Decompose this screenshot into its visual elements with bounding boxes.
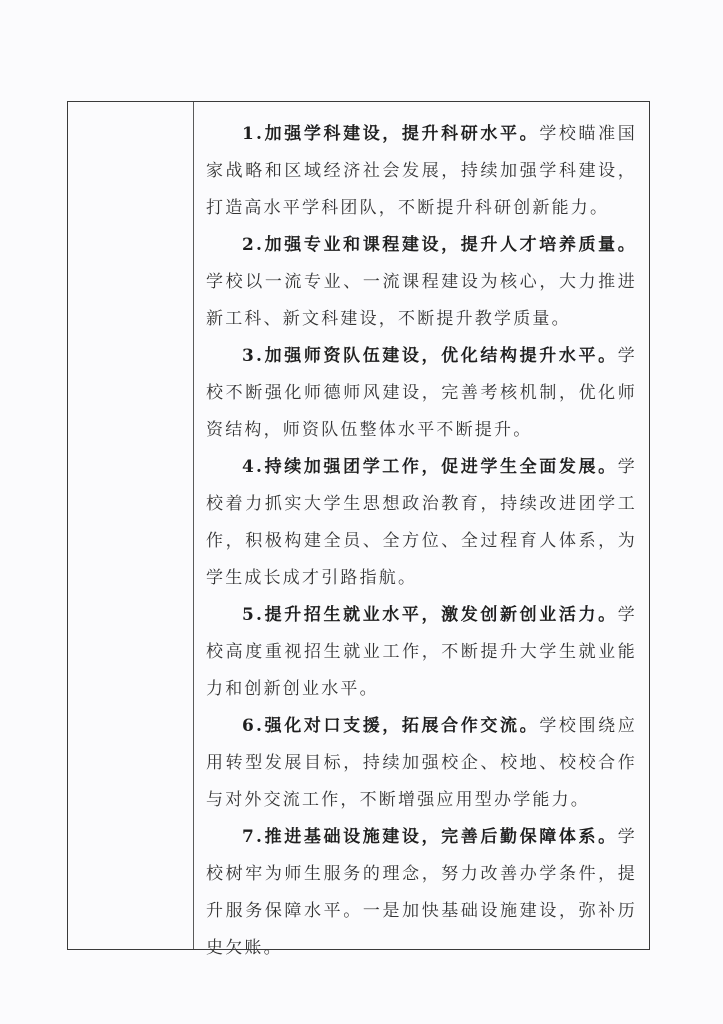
paragraph-7: 7.推进基础设施建设，完善后勤保障体系。学校树牢为师生服务的理念，努力改善办学条… xyxy=(206,819,637,967)
form-table: 1.加强学科建设，提升科研水平。学校瞄准国家战略和区域经济社会发展，持续加强学科… xyxy=(67,101,650,950)
paragraph-5: 5.提升招生就业水平，激发创新创业活力。学校高度重视招生就业工作，不断提升大学生… xyxy=(206,597,637,708)
paragraph-heading: 7.推进基础设施建设，完善后勤保障体系。 xyxy=(242,827,618,847)
paragraph-heading: 2.加强专业和课程建设，提升人才培养质量。 xyxy=(242,235,637,255)
paragraph-heading: 5.提升招生就业水平，激发创新创业活力。 xyxy=(242,605,618,625)
paragraph-4: 4.持续加强团学工作，促进学生全面发展。学校着力抓实大学生思想政治教育，持续改进… xyxy=(206,449,637,597)
paragraph-3: 3.加强师资队伍建设，优化结构提升水平。学校不断强化师德师风建设，完善考核机制，… xyxy=(206,338,637,449)
paragraph-body: 学校以一流专业、一流课程建设为核心，大力推进新工科、新文科建设，不断提升教学质量… xyxy=(206,272,637,329)
paragraph-heading: 1.加强学科建设，提升科研水平。 xyxy=(242,124,539,144)
paragraph-6: 6.强化对口支援，拓展合作交流。学校围绕应用转型发展目标，持续加强校企、校地、校… xyxy=(206,708,637,819)
table-content-cell: 1.加强学科建设，提升科研水平。学校瞄准国家战略和区域经济社会发展，持续加强学科… xyxy=(194,102,649,949)
paragraph-1: 1.加强学科建设，提升科研水平。学校瞄准国家战略和区域经济社会发展，持续加强学科… xyxy=(206,116,637,227)
paragraph-heading: 4.持续加强团学工作，促进学生全面发展。 xyxy=(242,457,618,477)
document-page: 1.加强学科建设，提升科研水平。学校瞄准国家战略和区域经济社会发展，持续加强学科… xyxy=(0,0,723,1024)
paragraph-heading: 6.强化对口支援，拓展合作交流。 xyxy=(242,716,539,736)
paragraph-2: 2.加强专业和课程建设，提升人才培养质量。学校以一流专业、一流课程建设为核心，大… xyxy=(206,227,637,338)
table-label-cell xyxy=(68,102,194,949)
paragraph-heading: 3.加强师资队伍建设，优化结构提升水平。 xyxy=(242,346,618,366)
